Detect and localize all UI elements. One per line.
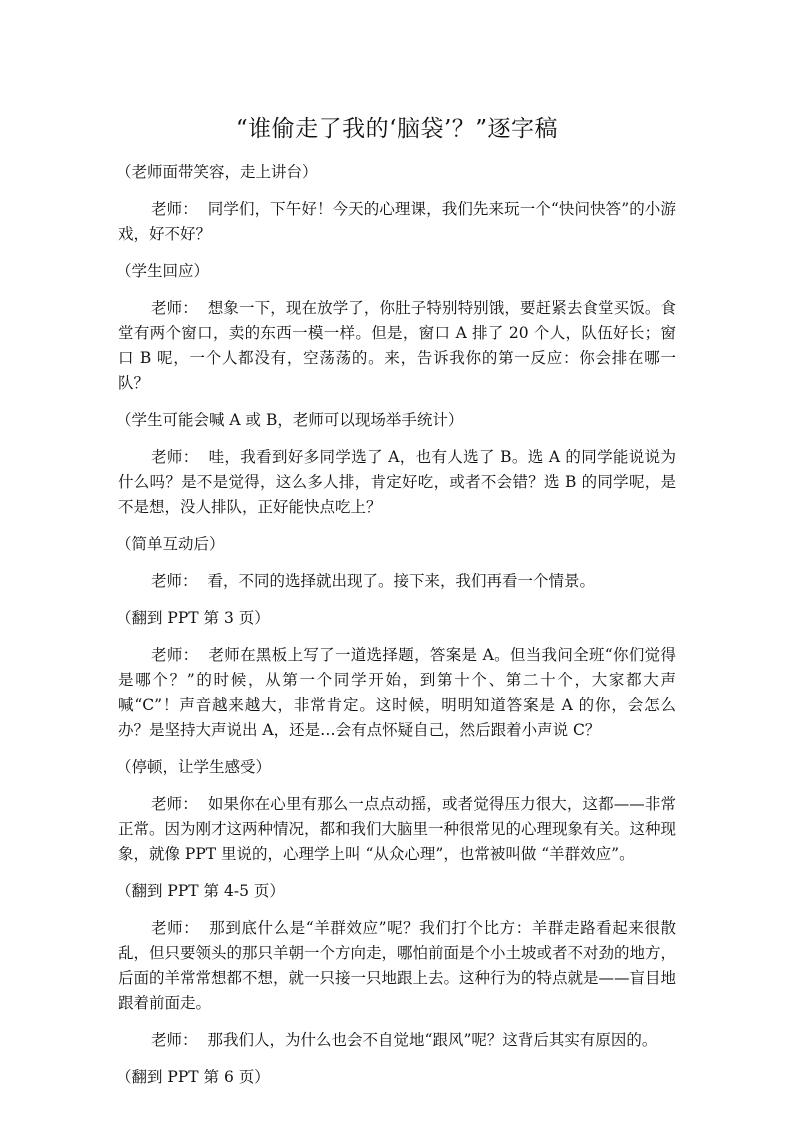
speaker-label: 老师： [151, 299, 198, 317]
stage-direction: （学生回应） [116, 259, 676, 284]
document-page: “谁偷走了我的‘脑袋’？”逐字稿 （老师面带笑容，走上讲台） 老师：同学们，下午… [118, 112, 676, 1102]
stage-direction: （翻到 PPT 第 3 页） [116, 606, 676, 631]
speech-text: 同学们，下午好！今天的心理课，我们先来玩一个“快问快答”的小游戏，好不好？ [118, 200, 676, 243]
speech-text: 如果你在心里有那么一点点动摇，或者觉得压力很大，这都——非常正常。因为刚才这两种… [118, 795, 676, 863]
teacher-speech: 老师：哇，我看到好多同学选了 A，也有人选了 B。选 A 的同学能说说为什么吗？… [118, 445, 676, 520]
document-title: “谁偷走了我的‘脑袋’？”逐字稿 [118, 112, 676, 146]
teacher-speech: 老师：想象一下，现在放学了，你肚子特别特别饿，要赶紧去食堂买饭。食堂有两个窗口，… [118, 296, 676, 396]
stage-direction: （停顿，让学生感受） [116, 755, 676, 780]
teacher-speech: 老师：同学们，下午好！今天的心理课，我们先来玩一个“快问快答”的小游戏，好不好？ [118, 197, 676, 247]
speaker-label: 老师： [151, 448, 199, 466]
teacher-speech: 老师：那我们人，为什么也会不自觉地“跟风”呢？这背后其实有原因的。 [118, 1028, 676, 1053]
speaker-label: 老师： [151, 646, 198, 664]
speech-text: 老师在黑板上写了一道选择题，答案是 A。但当我问全班“你们觉得是哪个？”的时候，… [118, 646, 676, 739]
speaker-label: 老师： [151, 1031, 198, 1049]
stage-direction: （学生可能会喊 A 或 B，老师可以现场举手统计） [116, 408, 676, 433]
speaker-label: 老师： [151, 919, 199, 937]
speaker-label: 老师： [151, 572, 198, 590]
stage-direction: （简单互动后） [116, 532, 676, 557]
speech-text: 想象一下，现在放学了，你肚子特别特别饿，要赶紧去食堂买饭。食堂有两个窗口，卖的东… [118, 299, 676, 392]
stage-direction: （翻到 PPT 第 4-5 页） [116, 879, 676, 904]
teacher-speech: 老师：如果你在心里有那么一点点动摇，或者觉得压力很大，这都——非常正常。因为刚才… [118, 792, 676, 867]
speech-text: 那到底什么是“羊群效应”呢？我们打个比方：羊群走路看起来很散乱，但只要领头的那只… [118, 919, 676, 1012]
teacher-speech: 老师：老师在黑板上写了一道选择题，答案是 A。但当我问全班“你们觉得是哪个？”的… [118, 643, 676, 743]
speech-text: 看，不同的选择就出现了。接下来，我们再看一个情景。 [208, 572, 596, 590]
teacher-speech: 老师：看，不同的选择就出现了。接下来，我们再看一个情景。 [118, 569, 676, 594]
stage-direction: （翻到 PPT 第 6 页） [116, 1065, 676, 1090]
speech-text: 哇，我看到好多同学选了 A，也有人选了 B。选 A 的同学能说说为什么吗？是不是… [118, 448, 676, 516]
teacher-speech: 老师：那到底什么是“羊群效应”呢？我们打个比方：羊群走路看起来很散乱，但只要领头… [118, 916, 676, 1016]
stage-direction: （老师面带笑容，走上讲台） [116, 160, 676, 185]
speech-text: 那我们人，为什么也会不自觉地“跟风”呢？这背后其实有原因的。 [208, 1031, 658, 1049]
speaker-label: 老师： [151, 795, 198, 813]
speaker-label: 老师： [151, 200, 198, 218]
